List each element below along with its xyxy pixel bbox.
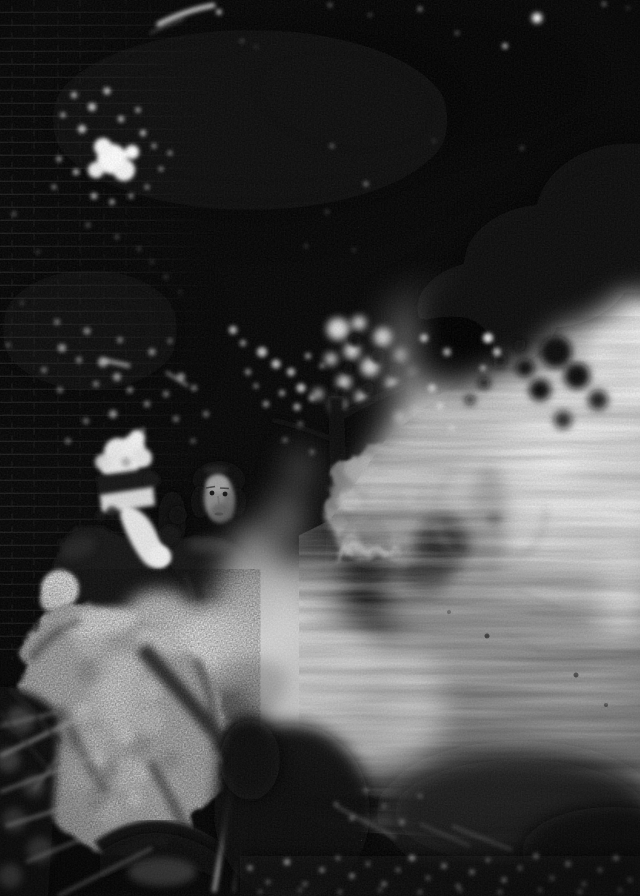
vignette	[0, 0, 640, 896]
photograph	[0, 0, 640, 896]
photo-canvas	[0, 0, 640, 896]
